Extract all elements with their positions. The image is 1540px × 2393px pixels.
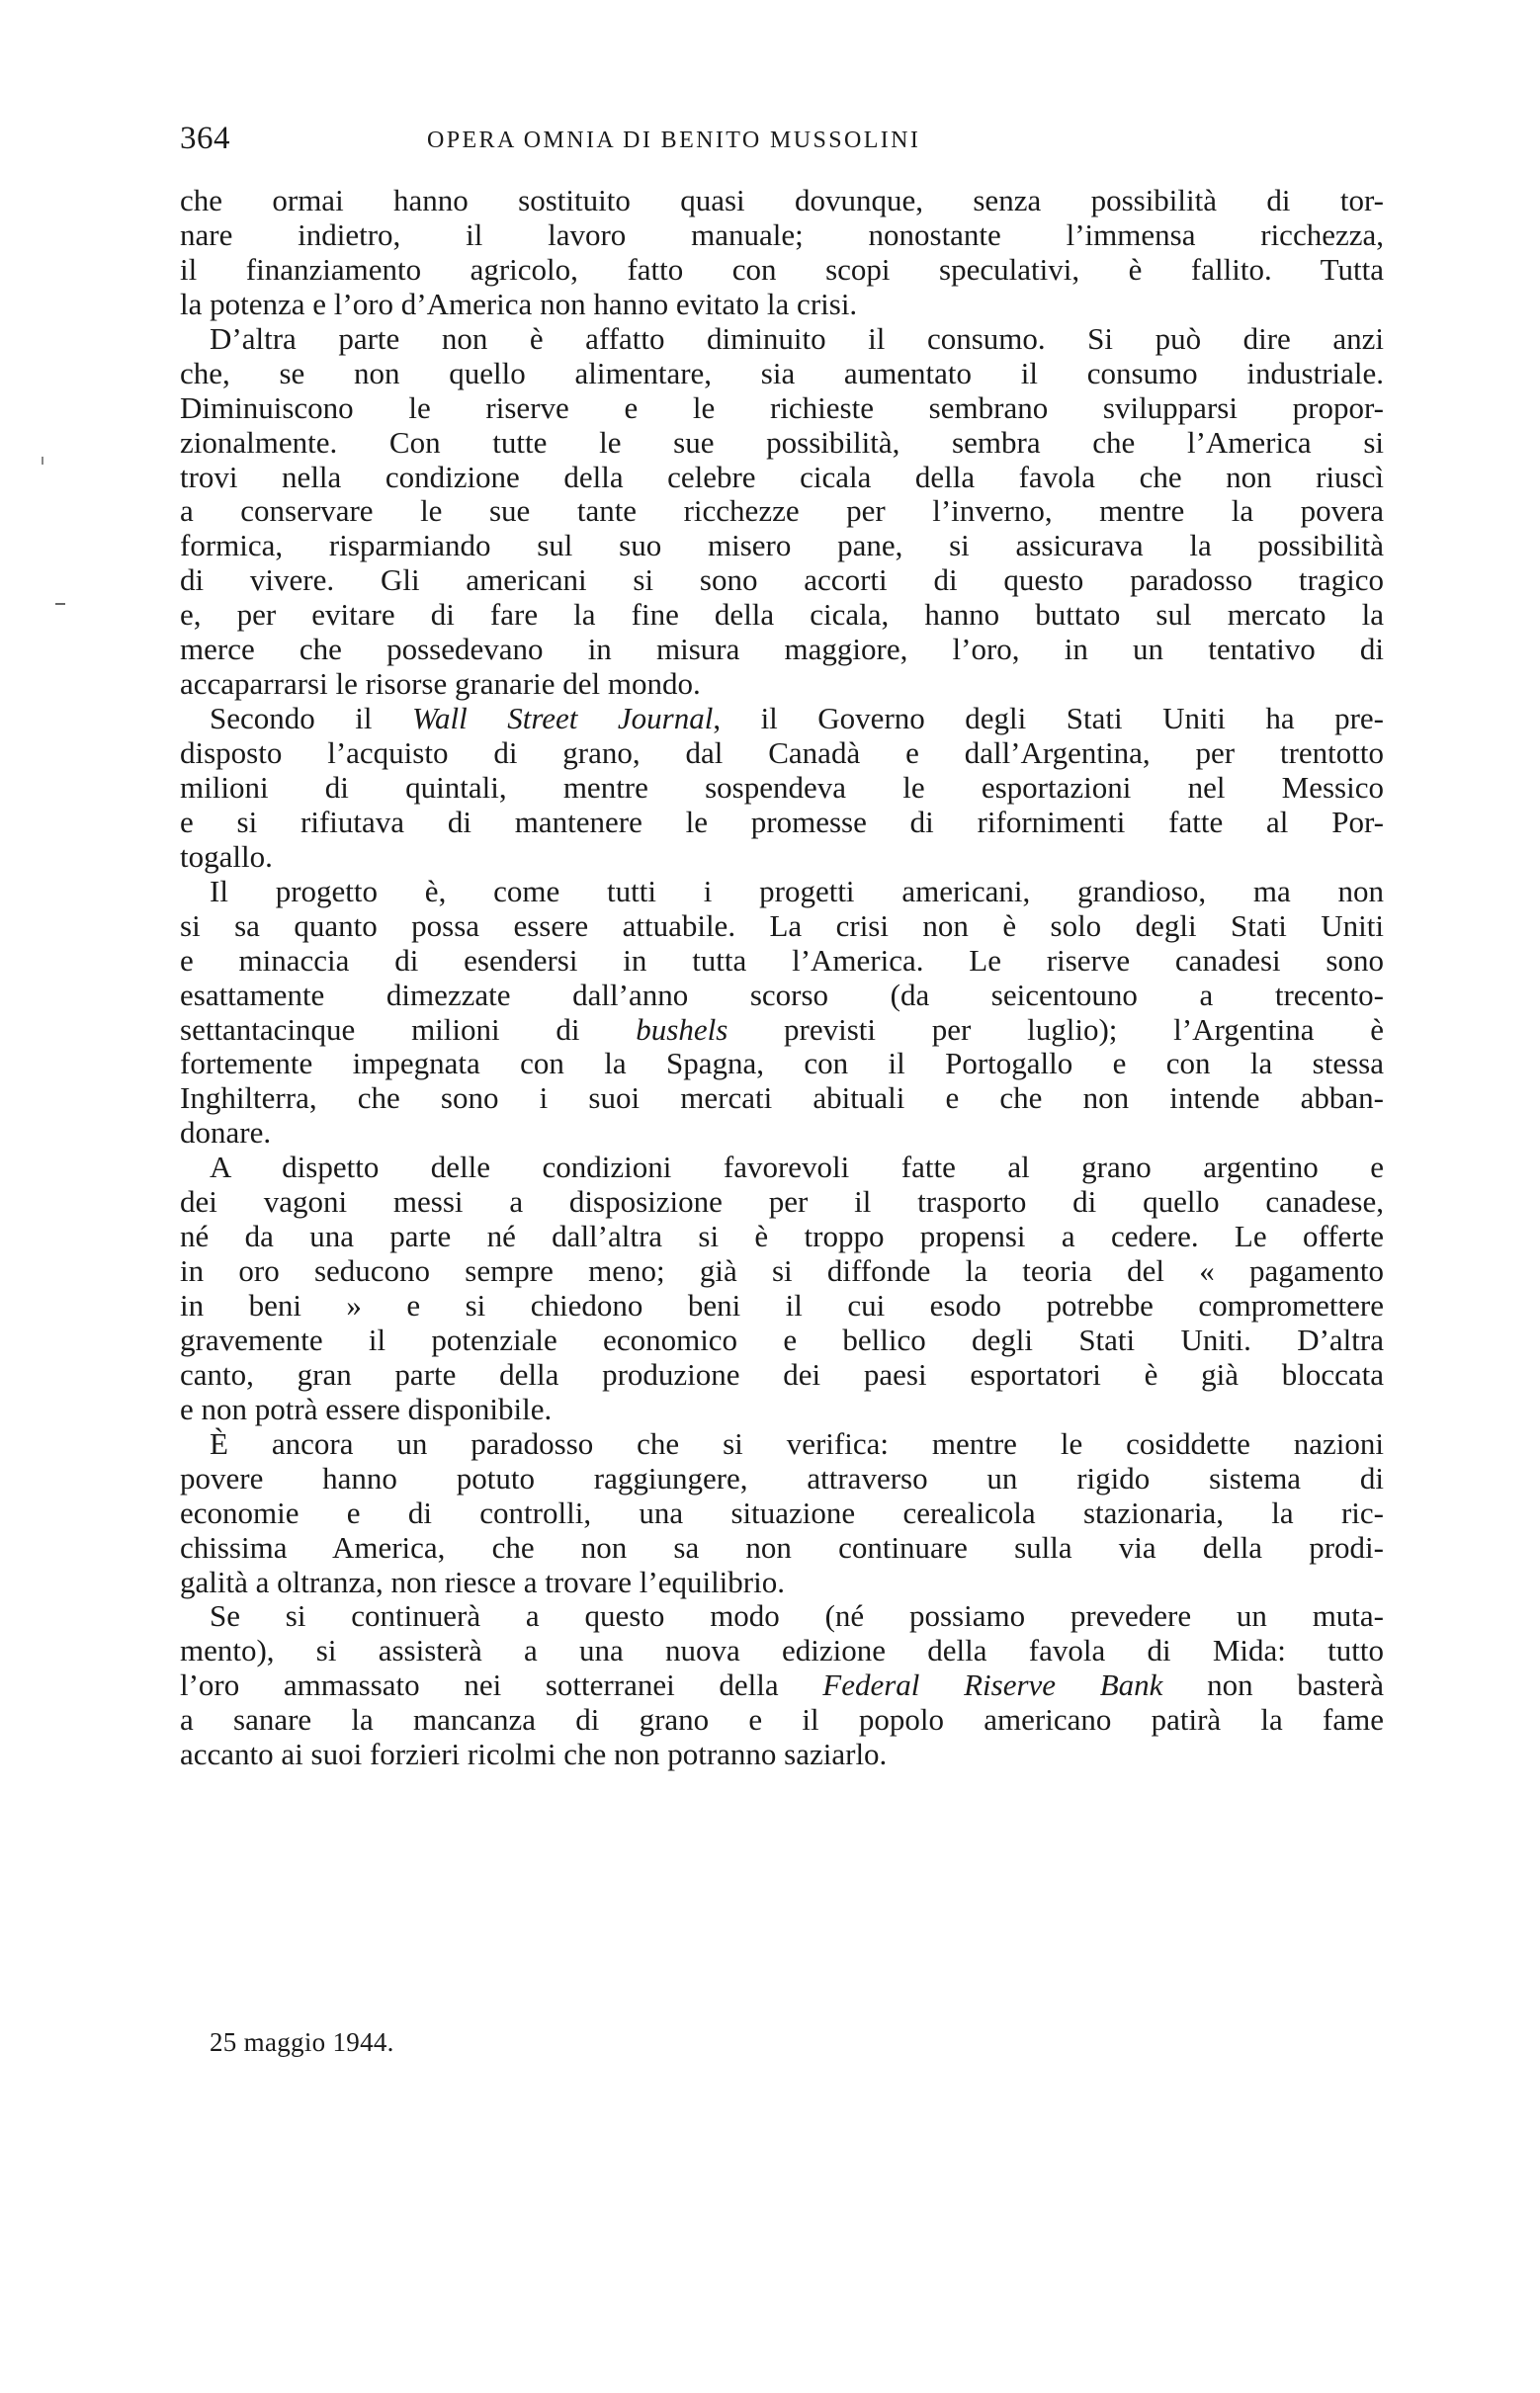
- text-line: canto, gran parte della produzione dei p…: [180, 1358, 1384, 1393]
- text-line: di vivere. Gli americani si sono accorti…: [180, 563, 1384, 598]
- text-line: togallo.: [180, 840, 1384, 875]
- text-line: settantacinque milioni di bushels previs…: [180, 1013, 1384, 1048]
- text-line: accanto ai suoi forzieri ricolmi che non…: [180, 1738, 1384, 1772]
- text-line: formica, risparmiando sul suo misero pan…: [180, 529, 1384, 563]
- italic-title: bushels: [636, 1012, 727, 1047]
- text-line: dei vagoni messi a disposizione per il t…: [180, 1185, 1384, 1220]
- text-line: e minaccia di esendersi in tutta l’Ameri…: [180, 944, 1384, 979]
- text-line: che, se non quello alimentare, sia aumen…: [180, 357, 1384, 391]
- text-line: che ormai hanno sostituito quasi dovunqu…: [180, 184, 1384, 218]
- text-segment: previsti per luglio); l’Argentina è: [727, 1012, 1384, 1047]
- text-line: Diminuiscono le riserve e le richieste s…: [180, 391, 1384, 426]
- text-line: il finanziamento agricolo, fatto con sco…: [180, 253, 1384, 288]
- text-line: merce che possedevano in misura maggiore…: [180, 633, 1384, 667]
- text-line: accaparrarsi le risorse granarie del mon…: [180, 667, 1384, 702]
- text-line: e non potrà essere disponibile.: [180, 1393, 1384, 1427]
- italic-title: Federal Riserve Bank: [822, 1667, 1162, 1702]
- text-line: donare.: [180, 1116, 1384, 1151]
- text-segment: l’oro ammassato nei sotterranei della: [180, 1667, 822, 1702]
- text-line: in beni » e si chiedono beni il cui esod…: [180, 1289, 1384, 1324]
- scan-artifact-mark: [42, 457, 43, 465]
- page-number: 364: [180, 117, 230, 160]
- text-line: Inghilterra, che sono i suoi mercati abi…: [180, 1081, 1384, 1116]
- text-line: e, per evitare di fare la fine della cic…: [180, 598, 1384, 633]
- text-line: zionalmente. Con tutte le sue possibilit…: [180, 426, 1384, 461]
- italic-title: Wall Street Journal: [412, 701, 713, 735]
- body-text: che ormai hanno sostituito quasi dovunqu…: [180, 184, 1384, 1772]
- text-line: milioni di quintali, mentre sospendeva l…: [180, 771, 1384, 806]
- text-line: a conservare le sue tante ricchezze per …: [180, 494, 1384, 529]
- scan-artifact-dash: [55, 603, 65, 605]
- text-line: Se si continuerà a questo modo (né possi…: [180, 1599, 1384, 1634]
- text-segment: non basterà: [1162, 1667, 1384, 1702]
- text-segment: Secondo il: [210, 701, 412, 735]
- text-line: si sa quanto possa essere attuabile. La …: [180, 909, 1384, 944]
- text-line: Il progetto è, come tutti i progetti ame…: [180, 875, 1384, 909]
- text-line: la potenza e l’oro d’America non hanno e…: [180, 288, 1384, 322]
- text-line: nare indietro, il lavoro manuale; nonost…: [180, 218, 1384, 253]
- text-line: È ancora un paradosso che si verifica: m…: [180, 1427, 1384, 1462]
- text-line: Secondo il Wall Street Journal, il Gover…: [180, 702, 1384, 736]
- text-segment: settantacinque milioni di: [180, 1012, 636, 1047]
- text-line: fortemente impegnata con la Spagna, con …: [180, 1047, 1384, 1081]
- page-header: 364 OPERA OMNIA DI BENITO MUSSOLINI: [180, 117, 1384, 160]
- text-line: A dispetto delle condizioni favorevoli f…: [180, 1151, 1384, 1185]
- text-line: trovi nella condizione della celebre cic…: [180, 461, 1384, 495]
- text-line: l’oro ammassato nei sotterranei della Fe…: [180, 1668, 1384, 1703]
- article-date: 25 maggio 1944.: [210, 2024, 394, 2060]
- text-line: povere hanno potuto raggiungere, attrave…: [180, 1462, 1384, 1496]
- text-line: gravemente il potenziale economico e bel…: [180, 1324, 1384, 1358]
- text-line: né da una parte né dall’altra si è tropp…: [180, 1220, 1384, 1254]
- text-line: mento), si assisterà a una nuova edizion…: [180, 1634, 1384, 1668]
- text-line: a sanare la mancanza di grano e il popol…: [180, 1703, 1384, 1738]
- text-segment: , il Governo degli Stati Uniti ha pre-: [713, 701, 1384, 735]
- text-line: disposto l’acquisto di grano, dal Canadà…: [180, 736, 1384, 771]
- text-line: galità a oltranza, non riesce a trovare …: [180, 1566, 1384, 1600]
- text-line: e si rifiutava di mantenere le promesse …: [180, 806, 1384, 840]
- text-line: chissima America, che non sa non continu…: [180, 1531, 1384, 1566]
- running-title: OPERA OMNIA DI BENITO MUSSOLINI: [427, 119, 920, 162]
- text-line: in oro seducono sempre meno; già si diff…: [180, 1254, 1384, 1289]
- text-line: economie e di controlli, una situazione …: [180, 1496, 1384, 1531]
- text-line: esattamente dimezzate dall’anno scorso (…: [180, 979, 1384, 1013]
- text-line: D’altra parte non è affatto diminuito il…: [180, 322, 1384, 357]
